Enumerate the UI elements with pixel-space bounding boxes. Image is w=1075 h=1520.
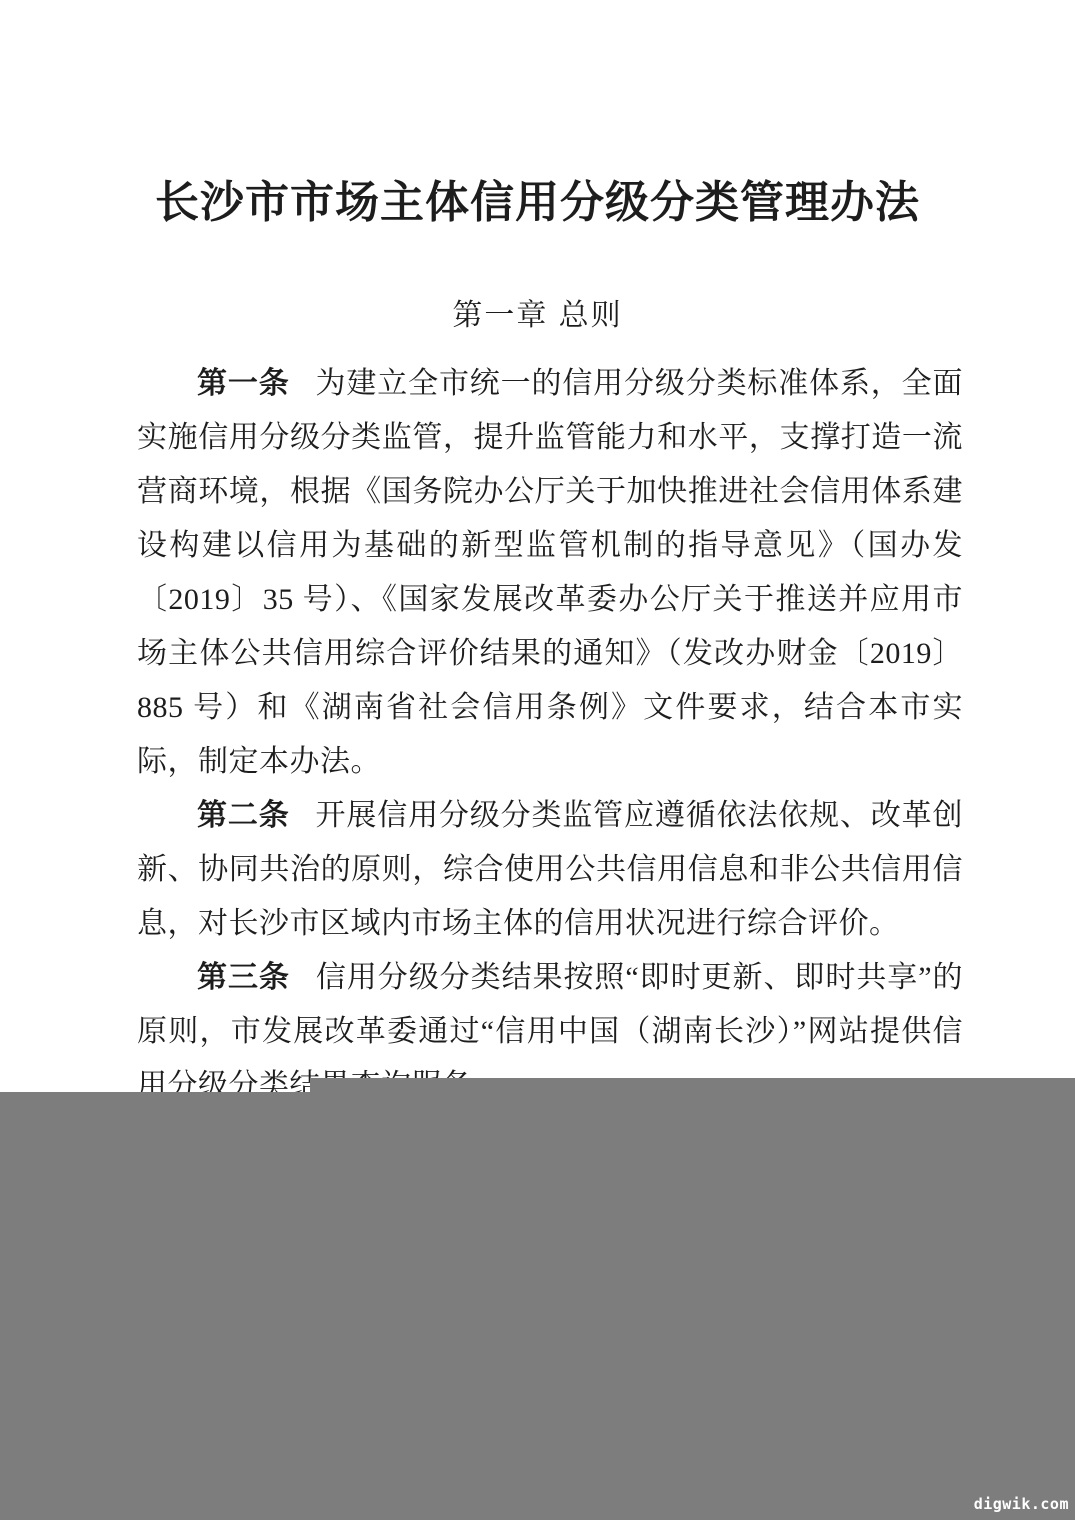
paragraph-article-1: 第一条为建立全市统一的信用分级分类标准体系，全面实施信用分级分类监管，提升监管能…: [137, 357, 963, 789]
article-3-number: 第三条: [197, 961, 290, 994]
document-title: 长沙市市场主体信用分级分类管理办法: [0, 177, 1075, 229]
article-1-number: 第一条: [197, 367, 290, 400]
redaction-block-bottom: [0, 1092, 1075, 1520]
article-1-text: 为建立全市统一的信用分级分类标准体系，全面实施信用分级分类监管，提升监管能力和水…: [137, 367, 963, 778]
document-page: 长沙市市场主体信用分级分类管理办法 第一章 总则 第一条为建立全市统一的信用分级…: [0, 0, 1075, 1520]
paragraph-article-2: 第二条开展信用分级分类监管应遵循依法依规、改革创新、协同共治的原则，综合使用公共…: [137, 789, 963, 951]
watermark: digwik.com: [974, 1495, 1069, 1513]
document-body: 第一条为建立全市统一的信用分级分类标准体系，全面实施信用分级分类监管，提升监管能…: [137, 357, 963, 1113]
article-2-number: 第二条: [197, 799, 290, 832]
chapter-heading: 第一章 总则: [0, 297, 1075, 335]
